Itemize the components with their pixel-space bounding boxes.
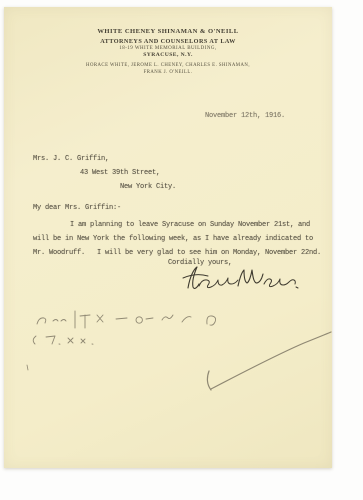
recipient-city: New York City. [120,183,176,191]
salutation: My dear Mrs. Griffin:- [33,204,121,212]
letterhead-partners-line1: HORACE WHITE, JEROME L. CHENEY, CHARLES … [4,63,332,68]
body-line-3: Mr. Woodruff. I will be very glad to see… [33,249,321,257]
letterhead-subtitle: ATTORNEYS AND COUNSELORS AT LAW [4,38,332,45]
letterhead-city-line: SYRACUSE, N.Y. [4,52,332,58]
body-line-2: will be in New York the following week, … [33,235,313,243]
letterhead-address-line: 18-19 WHITE MEMORIAL BUILDING, [4,46,332,51]
pencil-stray-tick [24,363,32,373]
scanned-letter-page: { "page": { "background_color": "#fdfdfc… [0,0,363,500]
letter-date: November 12th, 1916. [205,112,285,120]
recipient-street: 43 West 39th Street, [80,169,160,177]
pencil-check-mark [196,329,336,399]
letter-paper: WHITE CHENEY SHINAMAN & O'NEILL ATTORNEY… [4,7,332,468]
letterhead-firm-name: WHITE CHENEY SHINAMAN & O'NEILL [4,28,332,35]
letterhead-partners-line2: FRANK J. O'NEILL. [4,70,332,75]
recipient-name: Mrs. J. C. Griffin, [33,155,109,163]
signature-horace-white [180,262,302,298]
body-line-1: I am planning to leave Syracuse on Sunda… [70,221,310,229]
